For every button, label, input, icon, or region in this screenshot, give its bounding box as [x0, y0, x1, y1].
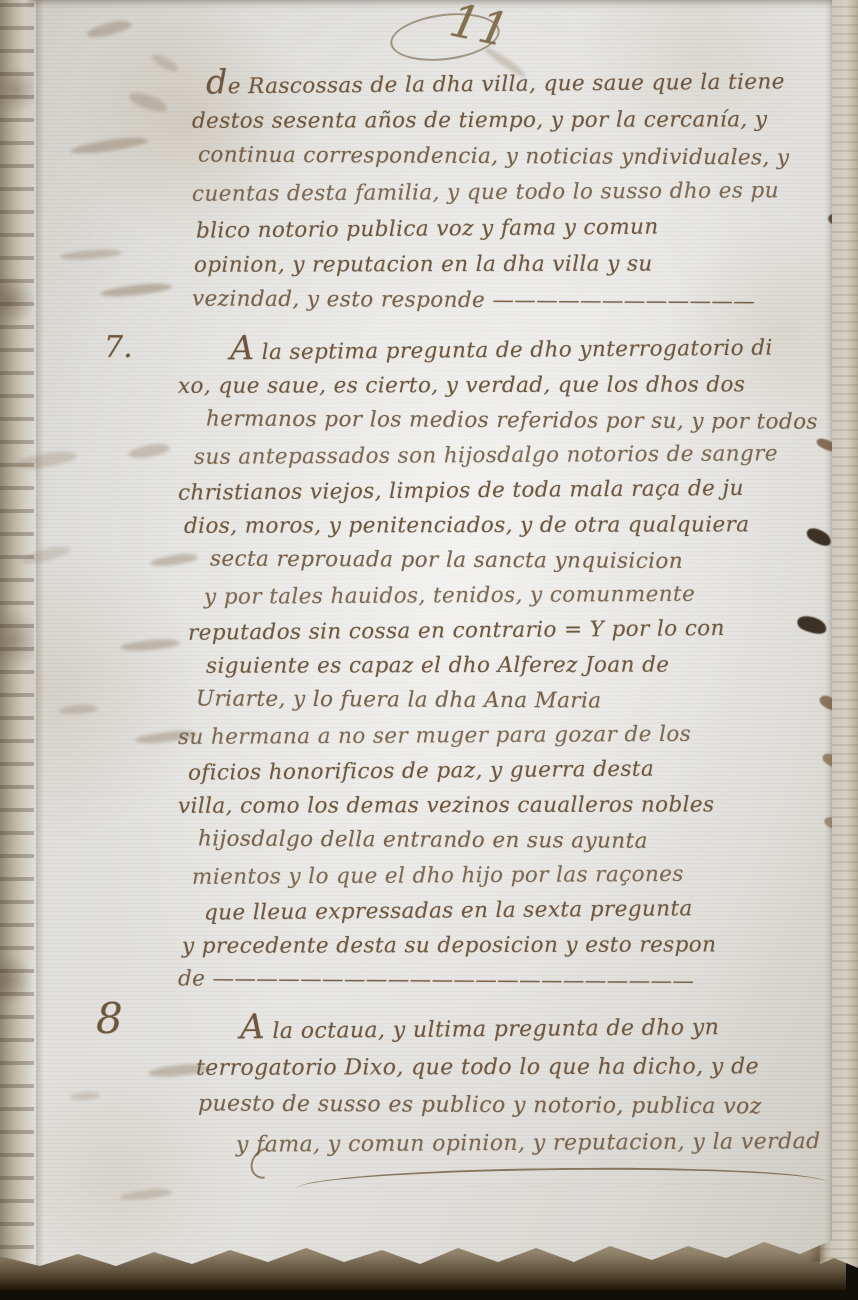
binding-edge — [0, 0, 34, 1272]
bleedthrough-stroke — [70, 1091, 100, 1101]
manuscript-line: siguiente es capaz el dho Alferez Joan d… — [178, 647, 818, 684]
manuscript-line: christianos viejos, limpios de toda mala… — [178, 470, 818, 511]
manuscript-paragraph: de Rascossas de la dha villa, que saue q… — [192, 62, 790, 319]
manuscript-page: 11 de Rascossas de la dha villa, que sau… — [0, 0, 832, 1272]
manuscript-line: A la septima pregunta de dho ynterrogato… — [178, 325, 818, 371]
manuscript-line: reputados sin cossa en contrario = Y por… — [178, 610, 818, 651]
manuscript-line: de Rascossas de la dha villa, que saue q… — [192, 59, 790, 105]
manuscript-line: puesto de susso es publico y notorio, pu… — [196, 1085, 821, 1126]
manuscript-line: de —————————————————————— — [178, 961, 818, 999]
manuscript-line: y fama, y comun opinion, y reputacion, y… — [196, 1123, 821, 1165]
manuscript-line: sus antepassados son hijosdalgo notorios… — [178, 436, 818, 475]
manuscript-line: mientos y lo que el dho hijo por las raç… — [178, 856, 818, 895]
manuscript-line: dios, moros, y penitenciados, y de otra … — [178, 507, 818, 544]
bleedthrough-stroke — [127, 441, 170, 460]
bleedthrough-stroke — [85, 18, 133, 41]
manuscript-paragraph: A la septima pregunta de dho ynterrogato… — [178, 328, 818, 998]
gutter-crease — [36, 0, 44, 1272]
manuscript-line: opinion, y reputacion en la dha villa y … — [192, 246, 790, 284]
bleedthrough-stroke — [100, 281, 173, 298]
manuscript-line: A la octaua, y ultima pregunta de dho yn — [196, 1003, 821, 1051]
manuscript-paragraph: A la octaua, y ultima pregunta de dho yn… — [196, 1006, 821, 1163]
manuscript-line: continua correspondencia, y noticias ynd… — [192, 137, 790, 176]
manuscript-line: Uriarte, y lo fuera la dha Ana Maria — [178, 681, 818, 719]
manuscript-line: hijosdalgo della entrando en sus ayunta — [178, 821, 818, 859]
manuscript-line: su hermana a no ser muger para gozar de … — [178, 716, 818, 755]
manuscript-line: y precedente desta su deposicion y esto … — [178, 927, 818, 964]
manuscript-scan: 11 de Rascossas de la dha villa, que sau… — [0, 0, 858, 1300]
manuscript-line: blico notorio publica voz y fama y comun — [192, 208, 790, 249]
bleedthrough-stroke — [70, 135, 149, 157]
manuscript-line: hermanos por los medios referidos por su… — [178, 401, 818, 439]
manuscript-line: terrogatorio Dixo, que todo lo que ha di… — [196, 1048, 821, 1088]
margin-paragraph-number: 8 — [96, 994, 123, 1043]
bleedthrough-stroke — [120, 1187, 173, 1201]
margin-paragraph-number: 7. — [104, 330, 133, 365]
manuscript-line: xo, que saue, es cierto, y verdad, que l… — [178, 367, 818, 404]
manuscript-line: villa, como los demas vezinos caualleros… — [178, 787, 818, 824]
manuscript-line: y por tales hauidos, tenidos, y comunmen… — [178, 576, 818, 615]
bleedthrough-stroke — [150, 51, 181, 75]
bleedthrough-stroke — [58, 704, 99, 716]
manuscript-line: que lleua expressadas en la sexta pregun… — [178, 890, 818, 931]
bleedthrough-stroke — [60, 248, 122, 261]
manuscript-line: cuentas desta familia, y que todo lo sus… — [192, 173, 790, 213]
bleedthrough-stroke — [120, 637, 181, 652]
manuscript-line: vezindad, y esto responde ———————————— — [192, 281, 790, 320]
final-flourish-line — [296, 1165, 828, 1189]
manuscript-line: destos sesenta años de tiempo, y por la … — [192, 102, 790, 140]
manuscript-line: secta reprouada por la sancta ynquisicio… — [178, 541, 818, 579]
manuscript-line: oficios honorificos de paz, y guerra des… — [178, 750, 818, 791]
bleedthrough-stroke — [127, 89, 169, 116]
